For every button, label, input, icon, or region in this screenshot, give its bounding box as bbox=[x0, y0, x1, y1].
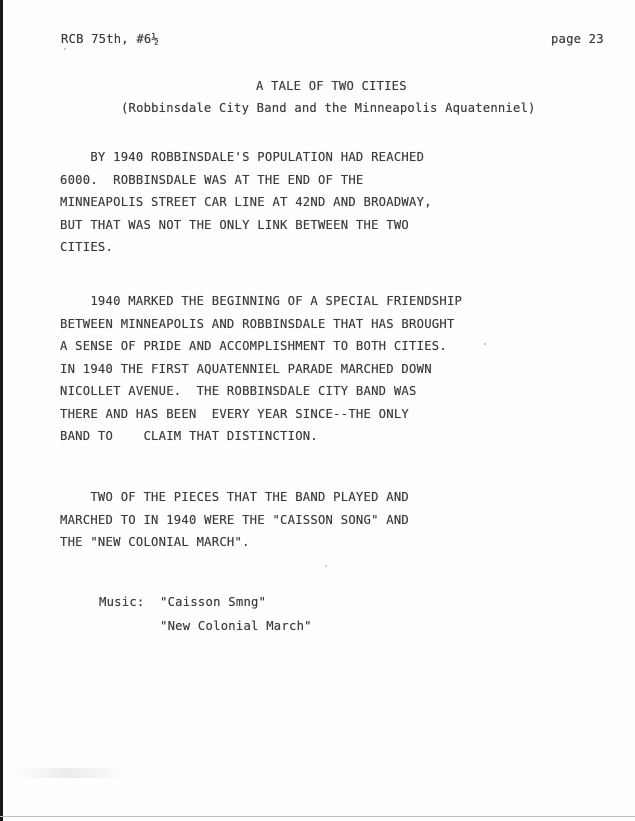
document-title: A TALE OF TWO CITIES bbox=[256, 79, 407, 93]
paragraph-line: CITIES. bbox=[60, 236, 432, 259]
scan-speck bbox=[64, 48, 66, 50]
paragraph-line: NICOLLET AVENUE. THE ROBBINSDALE CITY BA… bbox=[60, 380, 462, 403]
paragraph-line: 1940 MARKED THE BEGINNING OF A SPECIAL F… bbox=[60, 290, 462, 313]
paragraph-line: IN 1940 THE FIRST AQUATENNIEL PARADE MAR… bbox=[60, 358, 462, 381]
paragraph-friendship: 1940 MARKED THE BEGINNING OF A SPECIAL F… bbox=[60, 290, 462, 448]
typewritten-page: RCB 75th, #6½ page 23 A TALE OF TWO CITI… bbox=[0, 0, 635, 821]
paragraph-line: MARCHED TO IN 1940 WERE THE "CAISSON SON… bbox=[60, 509, 409, 532]
scan-smudge bbox=[15, 768, 125, 778]
paragraph-line: 6000. ROBBINSDALE WAS AT THE END OF THE bbox=[60, 169, 432, 192]
document-reference: RCB 75th, #6½ bbox=[61, 32, 159, 46]
paragraph-line: BETWEEN MINNEAPOLIS AND ROBBINSDALE THAT… bbox=[60, 313, 462, 336]
paragraph-line: BUT THAT WAS NOT THE ONLY LINK BETWEEN T… bbox=[60, 214, 432, 237]
paragraph-line: BAND TO CLAIM THAT DISTINCTION. bbox=[60, 425, 462, 448]
scan-bottom-edge bbox=[0, 816, 635, 817]
scan-speck bbox=[325, 565, 327, 567]
document-subtitle: (Robbinsdale City Band and the Minneapol… bbox=[121, 101, 536, 115]
paragraph-line: THE "NEW COLONIAL MARCH". bbox=[60, 531, 409, 554]
scan-left-edge bbox=[0, 0, 3, 821]
music-item: "Caisson Smng" bbox=[160, 595, 266, 609]
paragraph-line: A SENSE OF PRIDE AND ACCOMPLISHMENT TO B… bbox=[60, 335, 462, 358]
paragraph-line: MINNEAPOLIS STREET CAR LINE AT 42ND AND … bbox=[60, 191, 432, 214]
music-label: Music: bbox=[99, 590, 160, 614]
paragraph-pieces: TWO OF THE PIECES THAT THE BAND PLAYED A… bbox=[60, 486, 409, 554]
music-row: "New Colonial March" bbox=[99, 614, 312, 638]
page-number: page 23 bbox=[551, 32, 604, 46]
scan-speck bbox=[484, 343, 486, 345]
paragraph-line: THERE AND HAS BEEN EVERY YEAR SINCE--THE… bbox=[60, 403, 462, 426]
paragraph-population: BY 1940 ROBBINSDALE'S POPULATION HAD REA… bbox=[60, 146, 432, 259]
music-list: Music:"Caisson Smng" "New Colonial March… bbox=[99, 590, 312, 638]
music-row: Music:"Caisson Smng" bbox=[99, 590, 312, 614]
paragraph-line: BY 1940 ROBBINSDALE'S POPULATION HAD REA… bbox=[60, 146, 432, 169]
paragraph-line: TWO OF THE PIECES THAT THE BAND PLAYED A… bbox=[60, 486, 409, 509]
music-item: "New Colonial March" bbox=[160, 619, 312, 633]
